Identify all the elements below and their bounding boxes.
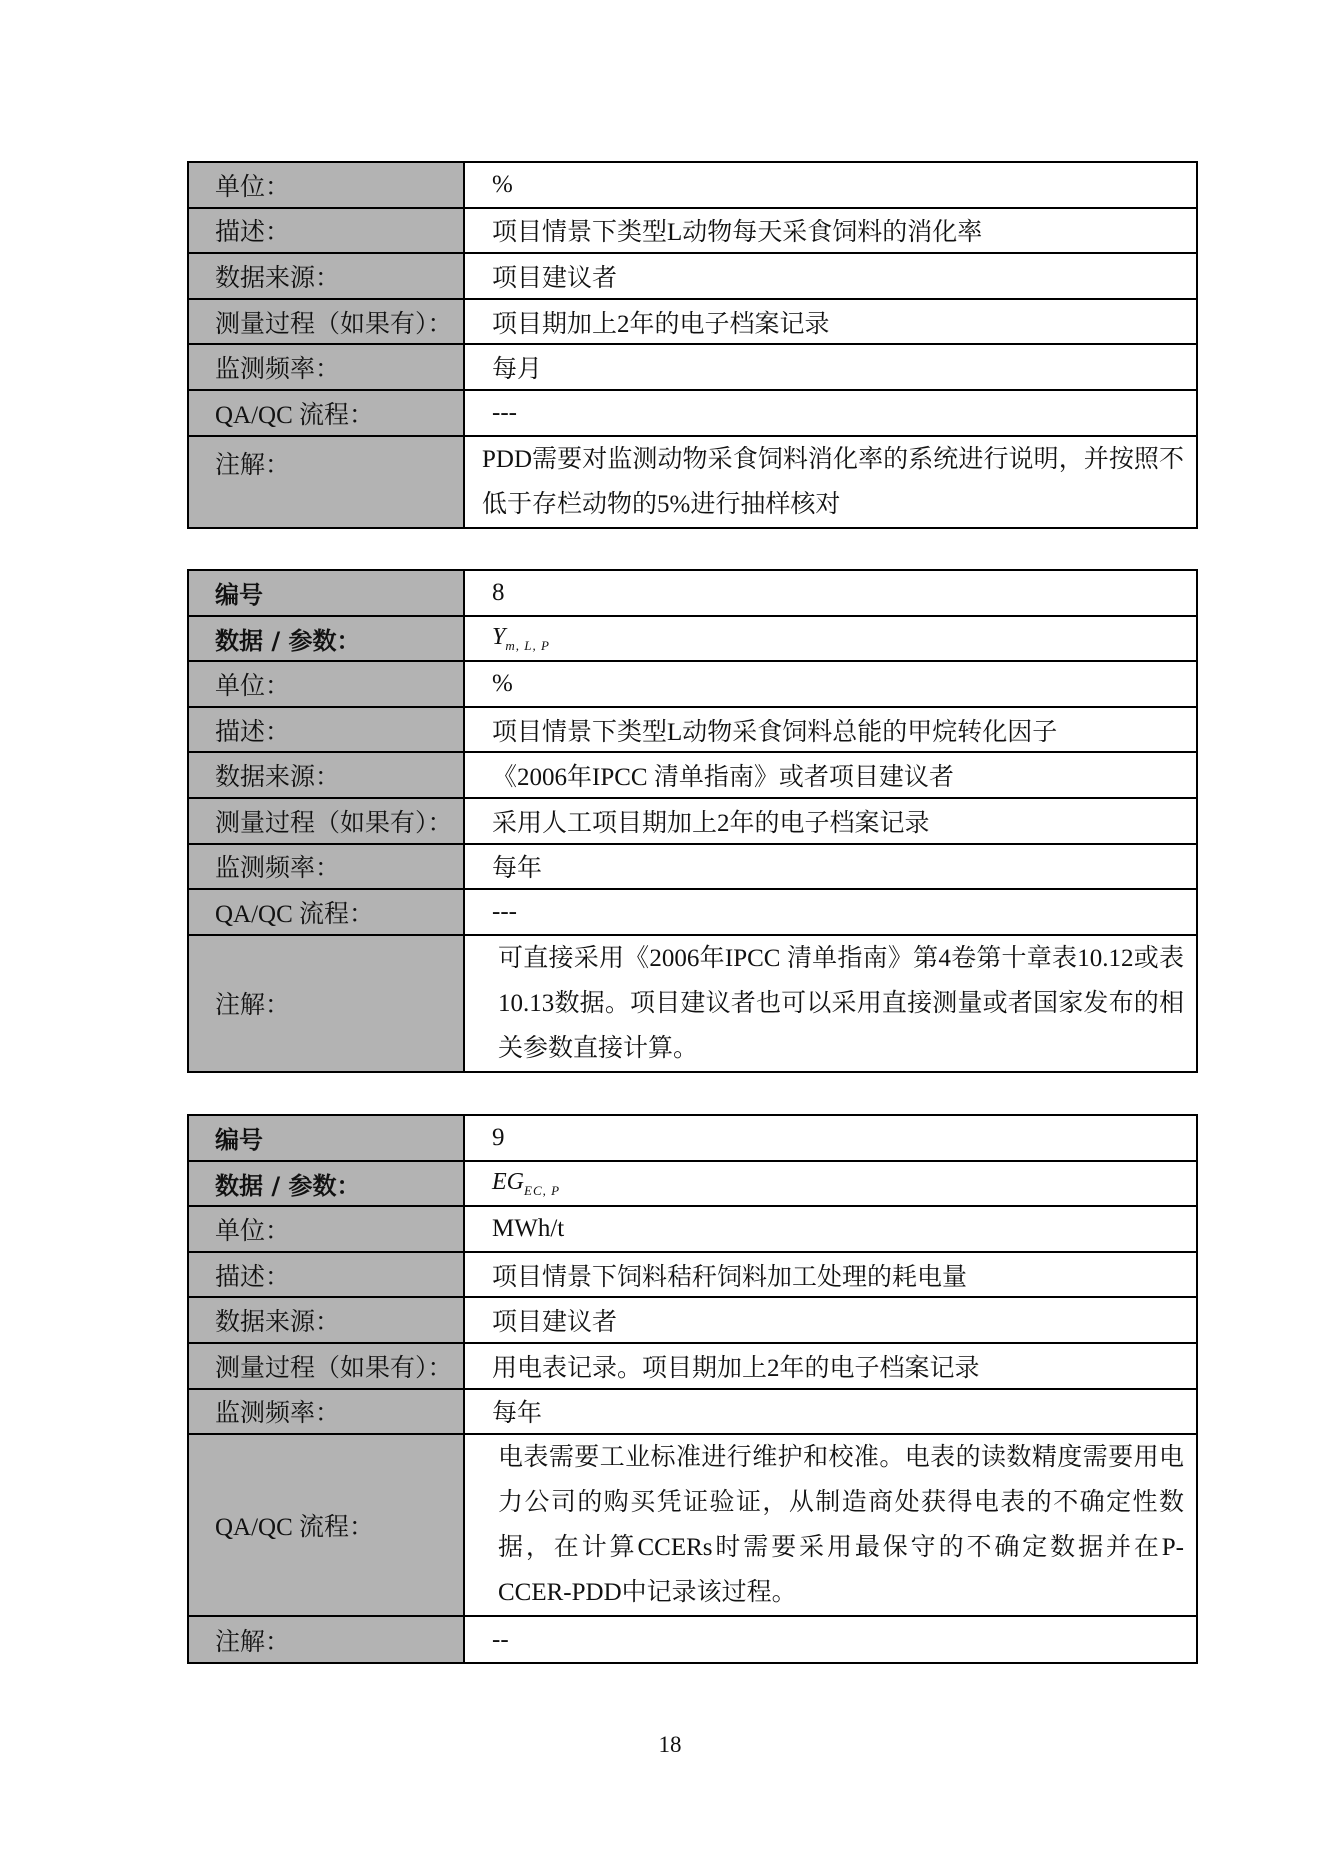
table-row-description: 描述： 项目情景下类型L动物采食饲料总能的甲烷转化因子 — [188, 707, 1197, 753]
table-row-qaqc: QA/QC 流程： --- — [188, 390, 1197, 436]
table-row-data-source: 数据来源： 《2006年IPCC 清单指南》或者项目建议者 — [188, 752, 1197, 798]
table-row-measurement: 测量过程（如果有）： 采用人工项目期加上2年的电子档案记录 — [188, 798, 1197, 844]
table-row-qaqc: QA/QC 流程： 电表需要工业标准进行维护和校准。电表的读数精度需要用电力公司… — [188, 1434, 1197, 1616]
row-label: 数据 / 参数： — [188, 1161, 464, 1207]
row-label: 数据来源： — [188, 253, 464, 299]
row-value: 用电表记录。项目期加上2年的电子档案记录 — [464, 1343, 1197, 1389]
parameter-number: 8 — [464, 570, 1197, 616]
row-value: 项目建议者 — [464, 253, 1197, 299]
row-value: 项目情景下类型L动物每天采食饲料的消化率 — [464, 208, 1197, 254]
row-value: 每年 — [464, 844, 1197, 890]
row-label: 数据来源： — [188, 1297, 464, 1343]
table-row-data-source: 数据来源： 项目建议者 — [188, 253, 1197, 299]
table-row-parameter: 数据 / 参数： EGEC, P — [188, 1161, 1197, 1207]
row-label: QA/QC 流程： — [188, 390, 464, 436]
row-label: 描述： — [188, 707, 464, 753]
table-row-parameter: 数据 / 参数： Ym, L, P — [188, 616, 1197, 662]
parameter-number: 9 — [464, 1115, 1197, 1161]
parameter-table-8: 编号 8 数据 / 参数： Ym, L, P 单位： % 描述： 项目情景下类型… — [187, 569, 1198, 1073]
table-row-measurement: 测量过程（如果有）： 用电表记录。项目期加上2年的电子档案记录 — [188, 1343, 1197, 1389]
formula: Ym, L, P — [492, 624, 550, 650]
table-row-frequency: 监测频率： 每月 — [188, 344, 1197, 390]
formula-subscript: EC, P — [524, 1183, 560, 1198]
row-label: 注解： — [188, 935, 464, 1072]
row-value: % — [464, 162, 1197, 208]
row-label: 单位： — [188, 162, 464, 208]
row-label: 测量过程（如果有）： — [188, 798, 464, 844]
formula: EGEC, P — [492, 1169, 560, 1195]
row-label: 监测频率： — [188, 844, 464, 890]
formula-base: Y — [492, 624, 505, 650]
table-row-number: 编号 9 — [188, 1115, 1197, 1161]
table-row-remarks: 注解： PDD需要对监测动物采食饲料消化率的系统进行说明，并按照不低于存栏动物的… — [188, 436, 1197, 528]
row-value: 可直接采用《2006年IPCC 清单指南》第4卷第十章表10.12或表10.13… — [464, 935, 1197, 1072]
row-label: QA/QC 流程： — [188, 889, 464, 935]
table-row-frequency: 监测频率： 每年 — [188, 844, 1197, 890]
parameter-symbol: EGEC, P — [464, 1161, 1197, 1207]
row-label: 数据来源： — [188, 752, 464, 798]
row-label: 数据 / 参数： — [188, 616, 464, 662]
row-label: QA/QC 流程： — [188, 1434, 464, 1616]
table-row-qaqc: QA/QC 流程： --- — [188, 889, 1197, 935]
row-value: 项目期加上2年的电子档案记录 — [464, 299, 1197, 345]
table-row-data-source: 数据来源： 项目建议者 — [188, 1297, 1197, 1343]
row-label: 编号 — [188, 570, 464, 616]
row-value: --- — [464, 390, 1197, 436]
row-value: 采用人工项目期加上2年的电子档案记录 — [464, 798, 1197, 844]
table-row-unit: 单位： % — [188, 661, 1197, 707]
table-row-number: 编号 8 — [188, 570, 1197, 616]
row-label: 注解： — [188, 436, 464, 528]
row-value: 每月 — [464, 344, 1197, 390]
table-row-unit: 单位： MWh/t — [188, 1206, 1197, 1252]
formula-subscript: m, L, P — [505, 638, 550, 653]
table-row-measurement: 测量过程（如果有）： 项目期加上2年的电子档案记录 — [188, 299, 1197, 345]
row-value: 电表需要工业标准进行维护和校准。电表的读数精度需要用电力公司的购买凭证验证，从制… — [464, 1434, 1197, 1616]
row-value: 《2006年IPCC 清单指南》或者项目建议者 — [464, 752, 1197, 798]
row-value: 项目情景下饲料秸秆饲料加工处理的耗电量 — [464, 1252, 1197, 1298]
row-label: 描述： — [188, 208, 464, 254]
row-label: 监测频率： — [188, 1389, 464, 1435]
row-value: MWh/t — [464, 1206, 1197, 1252]
table-row-unit: 单位： % — [188, 162, 1197, 208]
parameter-table-9: 编号 9 数据 / 参数： EGEC, P 单位： MWh/t 描述： 项目情景… — [187, 1114, 1198, 1664]
row-value: 项目建议者 — [464, 1297, 1197, 1343]
row-label: 测量过程（如果有）： — [188, 1343, 464, 1389]
formula-base: EG — [492, 1169, 524, 1195]
table-row-remarks: 注解： -- — [188, 1616, 1197, 1663]
row-value: % — [464, 661, 1197, 707]
row-label: 描述： — [188, 1252, 464, 1298]
row-value: 每年 — [464, 1389, 1197, 1435]
row-label: 注解： — [188, 1616, 464, 1663]
page-number: 18 — [640, 1732, 700, 1758]
parameter-table-7-continued: 单位： % 描述： 项目情景下类型L动物每天采食饲料的消化率 数据来源： 项目建… — [187, 161, 1198, 529]
table-row-remarks: 注解： 可直接采用《2006年IPCC 清单指南》第4卷第十章表10.12或表1… — [188, 935, 1197, 1072]
table-row-description: 描述： 项目情景下类型L动物每天采食饲料的消化率 — [188, 208, 1197, 254]
row-label: 编号 — [188, 1115, 464, 1161]
row-label: 单位： — [188, 661, 464, 707]
row-label: 单位： — [188, 1206, 464, 1252]
row-label: 测量过程（如果有）： — [188, 299, 464, 345]
parameter-symbol: Ym, L, P — [464, 616, 1197, 662]
table-row-description: 描述： 项目情景下饲料秸秆饲料加工处理的耗电量 — [188, 1252, 1197, 1298]
row-value: --- — [464, 889, 1197, 935]
row-value: -- — [464, 1616, 1197, 1663]
row-label: 监测频率： — [188, 344, 464, 390]
table-row-frequency: 监测频率： 每年 — [188, 1389, 1197, 1435]
row-value: 项目情景下类型L动物采食饲料总能的甲烷转化因子 — [464, 707, 1197, 753]
row-value: PDD需要对监测动物采食饲料消化率的系统进行说明，并按照不低于存栏动物的5%进行… — [464, 436, 1197, 528]
